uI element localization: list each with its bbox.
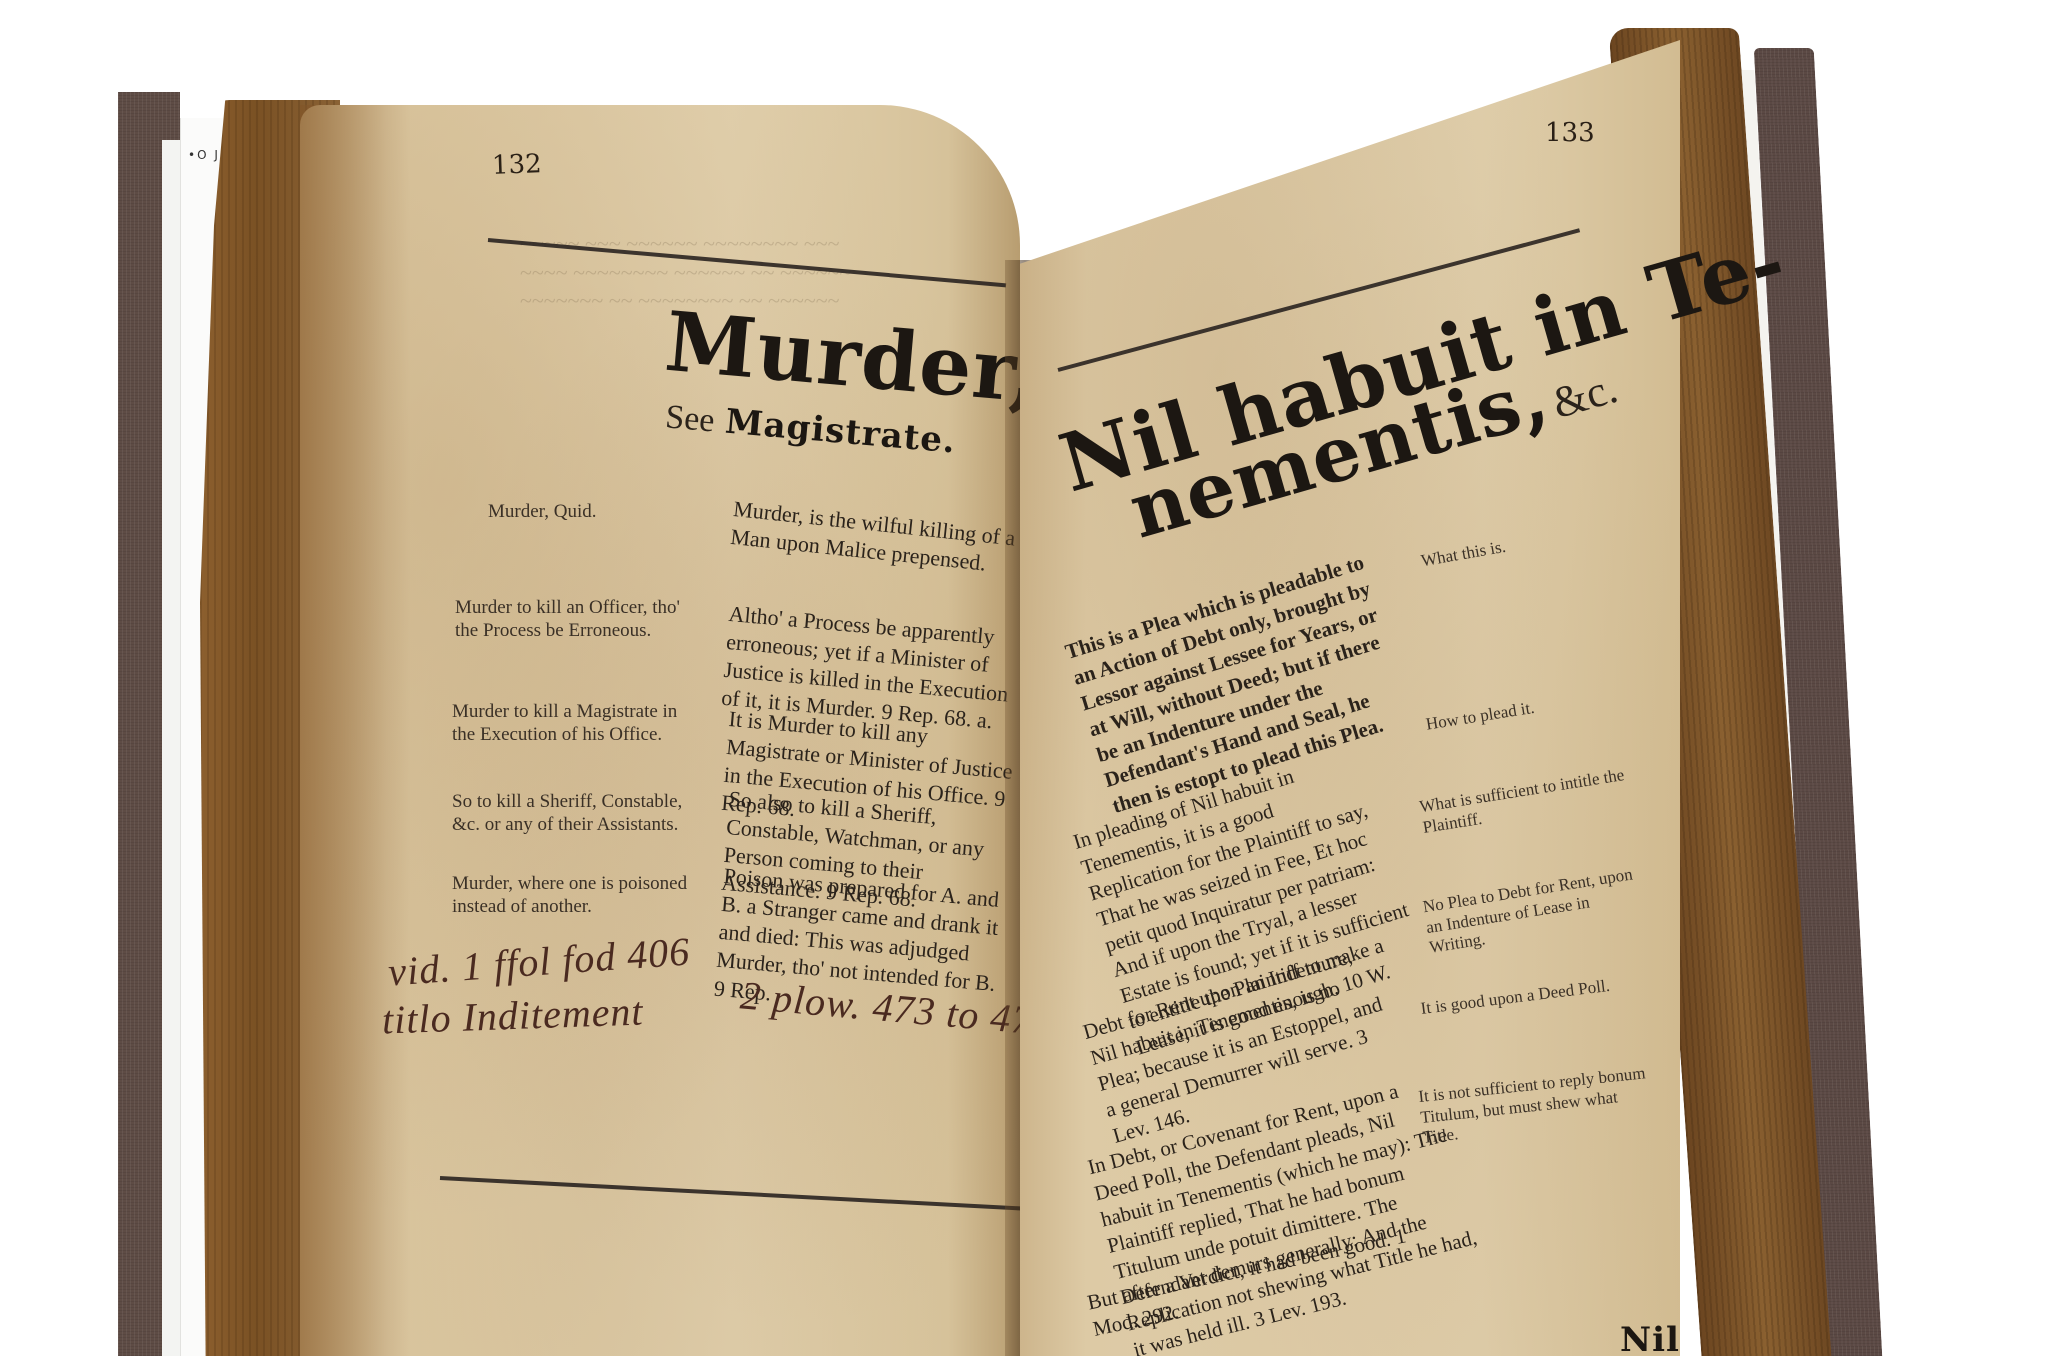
see-label: See bbox=[664, 398, 716, 439]
margin-note-poison: Murder, where one is poisoned instead of… bbox=[452, 872, 702, 918]
flyleaf-label: •O J bbox=[188, 148, 220, 162]
margin-note-sheriff: So to kill a Sheriff, Constable, &c. or … bbox=[452, 790, 702, 836]
margin-note-officer: Murder to kill an Officer, tho' the Proc… bbox=[455, 596, 705, 642]
left-page-number: 132 bbox=[491, 149, 542, 181]
catchword: Nil bbox=[1620, 1320, 1680, 1356]
margin-note-magistrate: Murder to kill a Magistrate in the Execu… bbox=[452, 700, 702, 746]
margin-note-murder-quid: Murder, Quid. bbox=[488, 500, 718, 523]
right-page-number: 133 bbox=[1545, 118, 1595, 148]
heading-etc: &c. bbox=[1547, 363, 1623, 428]
handwritten-annotation-line2: titlo Inditement bbox=[381, 987, 644, 1043]
left-page-water-stain bbox=[300, 105, 410, 1356]
